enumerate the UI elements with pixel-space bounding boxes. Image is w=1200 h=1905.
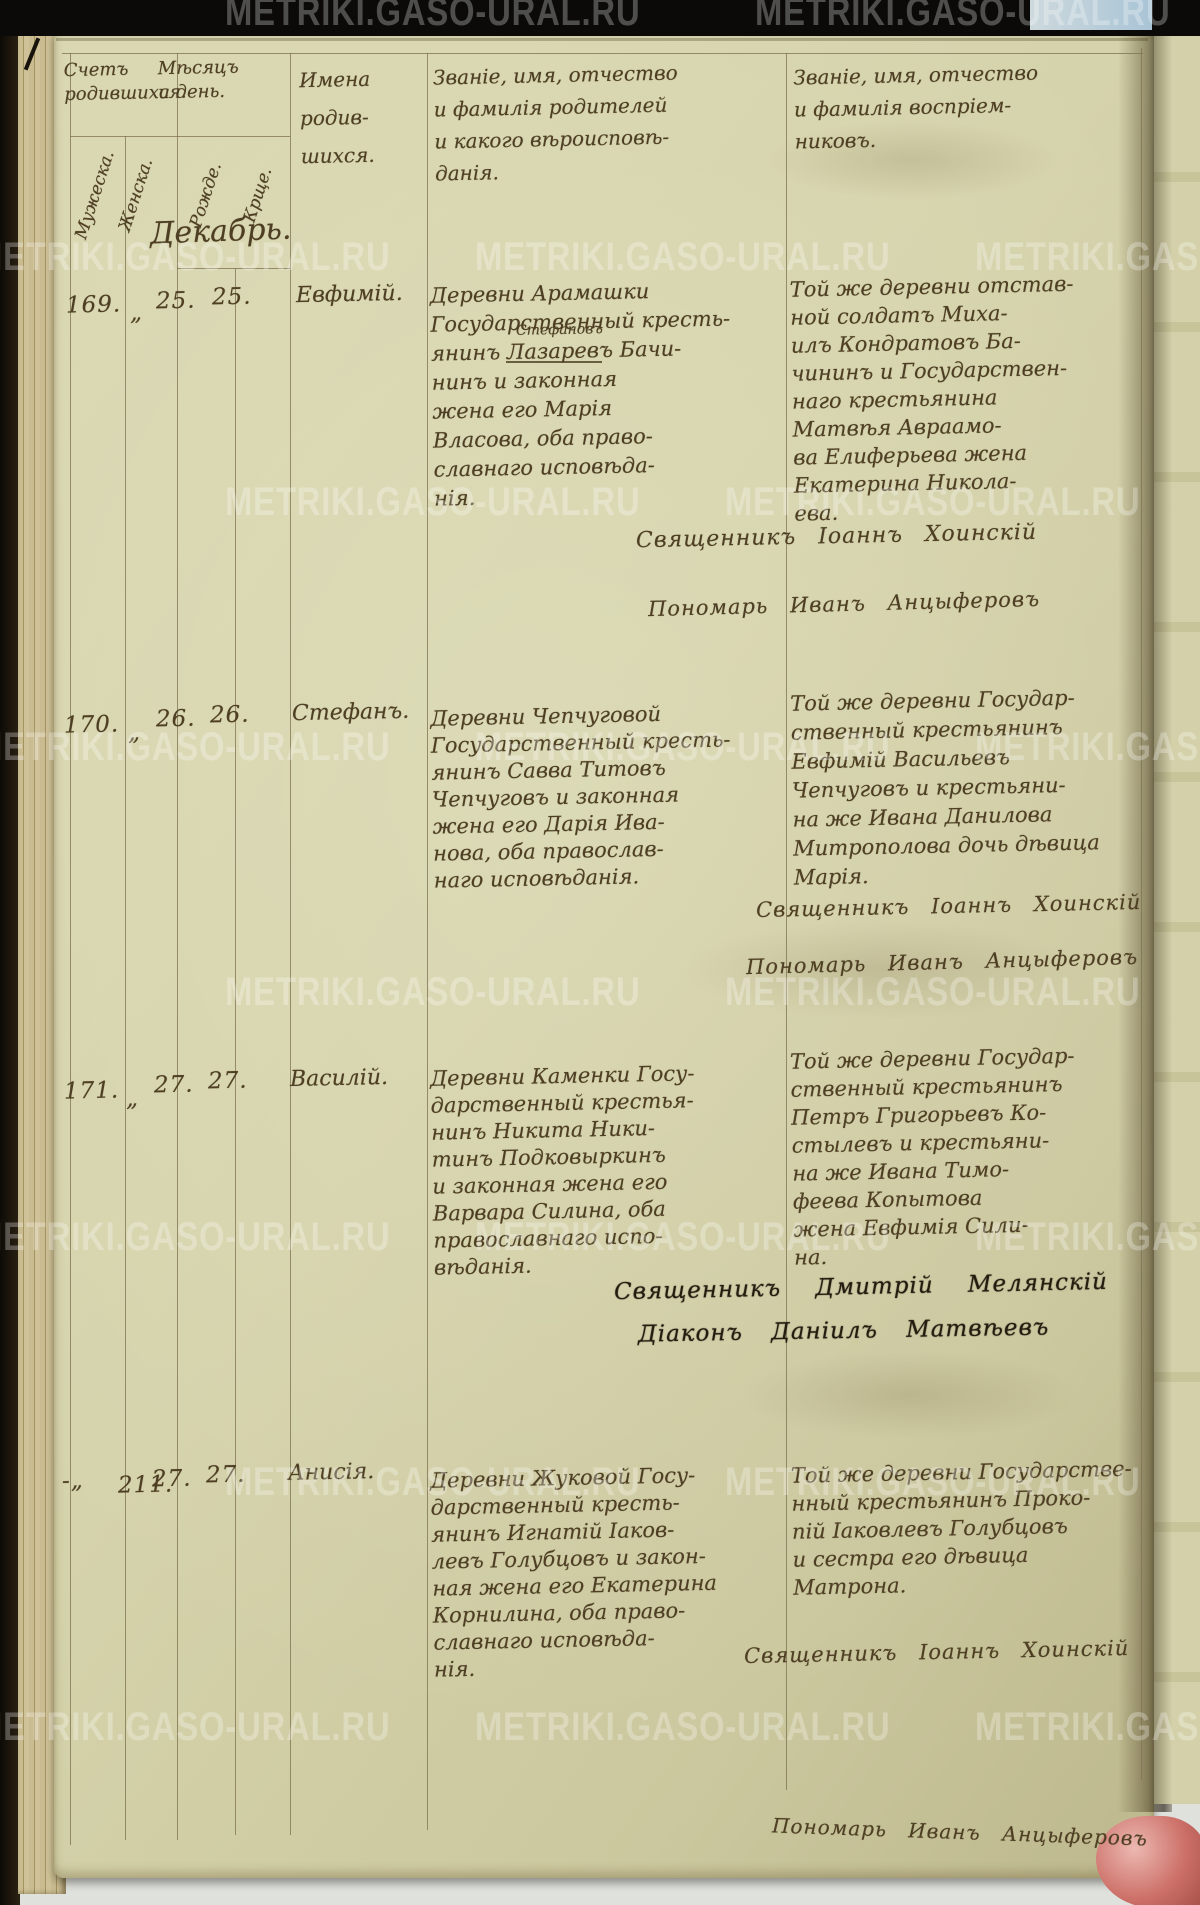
watermark-text: METRIKI.GASO-URAL.RU [225,0,640,32]
watermark-text: METRIKI.GASO-URAL.RU [225,972,640,1012]
watermark-text: METRIKI.GASO-URAL.RU [475,1217,890,1257]
metrical-book-scan: Счетъ родившихся. Мѣсяцъ и день. Мужеска… [0,0,1200,1905]
watermark-text: METRIKI.GASO-URAL.RU [755,0,1170,32]
watermark-text: METRIKI.GASO-URAL.RU [725,482,1140,522]
watermark-text: METRIKI.GASO-URAL.RU [0,1707,390,1747]
watermark-text: METRIKI.GASO-URAL.RU [975,1217,1200,1257]
watermark-text: METRIKI.GASO-URAL.RU [975,727,1200,767]
watermark-text: METRIKI.GASO-URAL.RU [975,237,1200,277]
watermark-layer: METRIKI.GASO-URAL.RUMETRIKI.GASO-URAL.RU… [0,0,1200,1905]
watermark-text: METRIKI.GASO-URAL.RU [0,727,390,767]
watermark-text: METRIKI.GASO-URAL.RU [725,972,1140,1012]
watermark-text: METRIKI.GASO-URAL.RU [975,1707,1200,1747]
watermark-text: METRIKI.GASO-URAL.RU [475,727,890,767]
watermark-text: METRIKI.GASO-URAL.RU [0,237,390,277]
watermark-text: METRIKI.GASO-URAL.RU [225,1462,640,1502]
watermark-text: METRIKI.GASO-URAL.RU [475,1707,890,1747]
watermark-text: METRIKI.GASO-URAL.RU [475,237,890,277]
watermark-text: METRIKI.GASO-URAL.RU [725,1462,1140,1502]
watermark-text: METRIKI.GASO-URAL.RU [0,1217,390,1257]
watermark-text: METRIKI.GASO-URAL.RU [225,482,640,522]
